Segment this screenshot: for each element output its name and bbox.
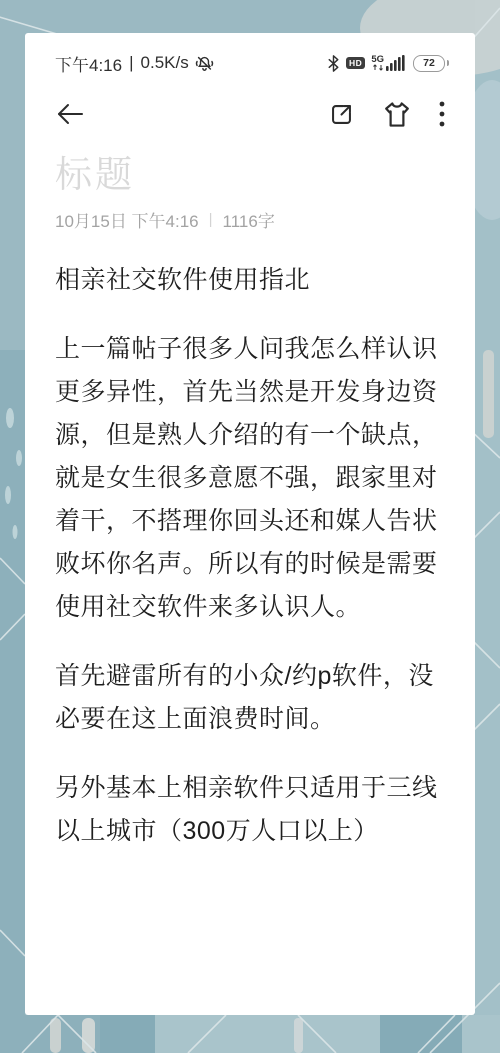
- back-button[interactable]: [55, 101, 85, 127]
- network-type: 5G: [371, 55, 384, 72]
- status-bar: 下午4:16 | 0.5K/s HD: [55, 47, 445, 79]
- network-indicator: 5G: [371, 55, 405, 72]
- theme-tshirt-button[interactable]: [382, 101, 412, 128]
- note-body-editor[interactable]: 相亲社交软件使用指北 上一篇帖子很多人问我怎么样认识更多异性，首先当然是开发身边…: [55, 259, 445, 853]
- paragraph: 相亲社交软件使用指北: [55, 259, 445, 302]
- status-right: HD 5G 72: [327, 55, 445, 72]
- paragraph: 上一篇帖子很多人问我怎么样认识更多异性，首先当然是开发身边资源，但是熟人介绍的有…: [55, 328, 445, 629]
- paragraph: 首先避雷所有的小众/约p软件，没必要在这上面浪费时间。: [55, 655, 445, 741]
- data-arrows-icon: [372, 64, 384, 71]
- note-date: 10月15日 下午4:16: [55, 207, 199, 232]
- network-speed: 0.5K/s: [141, 53, 189, 73]
- signal-bars-icon: [386, 55, 405, 71]
- battery-level: 72: [423, 57, 435, 69]
- note-meta: 10月15日 下午4:16 | 1116字: [55, 207, 445, 232]
- nav-bar: [55, 91, 445, 137]
- paragraph: 另外基本上相亲软件只适用于三线以上城市（300万人口以上）: [55, 767, 445, 853]
- nav-actions: [328, 101, 445, 128]
- status-separator: |: [128, 53, 134, 73]
- note-card: 下午4:16 | 0.5K/s HD: [25, 33, 475, 1015]
- bluetooth-icon: [327, 55, 340, 72]
- word-count: 1116字: [223, 207, 275, 232]
- status-left: 下午4:16 | 0.5K/s: [55, 51, 214, 76]
- menu-kebab-button[interactable]: [439, 101, 445, 127]
- share-button[interactable]: [328, 101, 355, 128]
- meta-separator: |: [209, 211, 213, 228]
- hd-badge: HD: [346, 57, 365, 70]
- mute-bell-icon: [195, 54, 214, 73]
- title-input[interactable]: 标题: [55, 153, 445, 197]
- battery-indicator: 72: [413, 55, 445, 72]
- status-time: 下午4:16: [55, 51, 122, 76]
